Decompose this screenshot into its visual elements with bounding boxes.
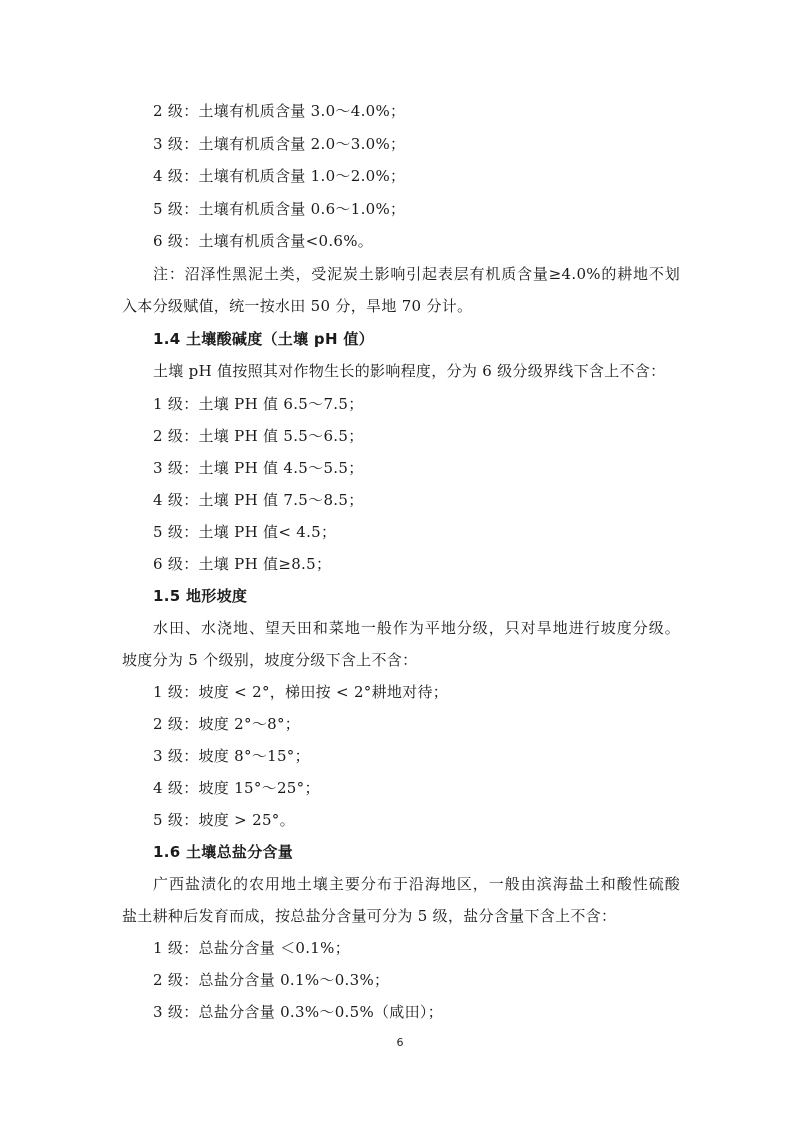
section-heading-1-4: 1.4 土壤酸碱度（土壤 pH 值）: [153, 329, 374, 349]
section-1-4-intro: 土壤 pH 值按照其对作物生长的影响程度，分为 6 级分级界线下含上不含：: [153, 361, 665, 381]
section-1-6-intro-line-2: 盐土耕种后发育而成，按总盐分含量可分为 5 级，盐分含量下含上不含：: [122, 906, 616, 926]
ph-level-1: 1 级：土壤 PH 值 6.5～7.5；: [153, 394, 364, 414]
organic-matter-level-6: 6 级：土壤有机质含量<0.6%。: [153, 231, 373, 251]
slope-level-3: 3 级：坡度 8°～15°；: [153, 746, 310, 766]
organic-matter-level-5: 5 级：土壤有机质含量 0.6～1.0%；: [153, 199, 405, 219]
salt-level-2: 2 级：总盐分含量 0.1%～0.3%；: [153, 970, 389, 990]
note-paragraph-line-2: 入本分级赋值，统一按水田 50 分，旱地 70 分计。: [122, 296, 472, 316]
note-paragraph-line-1: 注：沼泽性黑泥土类，受泥炭土影响引起表层有机质含量≥4.0%的耕地不划: [153, 264, 680, 284]
slope-level-1: 1 级：坡度 < 2°，梯田按 < 2°耕地对待；: [153, 682, 448, 702]
slope-level-2: 2 级：坡度 2°～8°；: [153, 714, 300, 734]
organic-matter-level-2: 2 级：土壤有机质含量 3.0～4.0%；: [153, 101, 405, 121]
organic-matter-level-4: 4 级：土壤有机质含量 1.0～2.0%；: [153, 166, 405, 186]
ph-level-5: 5 级：土壤 PH 值< 4.5；: [153, 522, 336, 542]
ph-level-3: 3 级：土壤 PH 值 4.5～5.5；: [153, 458, 364, 478]
section-heading-1-6: 1.6 土壤总盐分含量: [153, 842, 293, 862]
salt-level-1: 1 级：总盐分含量 ＜0.1%；: [153, 938, 350, 958]
slope-level-5: 5 级：坡度 > 25°。: [153, 810, 295, 830]
ph-level-6: 6 级：土壤 PH 值≥8.5；: [153, 554, 331, 574]
ph-level-2: 2 级：土壤 PH 值 5.5～6.5；: [153, 426, 364, 446]
organic-matter-level-3: 3 级：土壤有机质含量 2.0～3.0%；: [153, 134, 405, 154]
section-1-5-intro-line-1: 水田、水浇地、望天田和菜地一般作为平地分级，只对旱地进行坡度分级。: [153, 618, 680, 638]
salt-level-3: 3 级：总盐分含量 0.3%～0.5%（咸田）；: [153, 1002, 443, 1022]
section-heading-1-5: 1.5 地形坡度: [153, 586, 247, 606]
document-page: 2 级：土壤有机质含量 3.0～4.0%； 3 级：土壤有机质含量 2.0～3.…: [0, 0, 800, 1132]
ph-level-4: 4 级：土壤 PH 值 7.5～8.5；: [153, 490, 364, 510]
section-1-5-intro-line-2: 坡度分为 5 个级别，坡度分级下含上不含：: [122, 650, 417, 670]
slope-level-4: 4 级：坡度 15°～25°；: [153, 778, 320, 798]
section-1-6-intro-line-1: 广西盐渍化的农用地土壤主要分布于沿海地区，一般由滨海盐土和酸性硫酸: [153, 874, 680, 894]
page-number: 6: [0, 1036, 800, 1049]
